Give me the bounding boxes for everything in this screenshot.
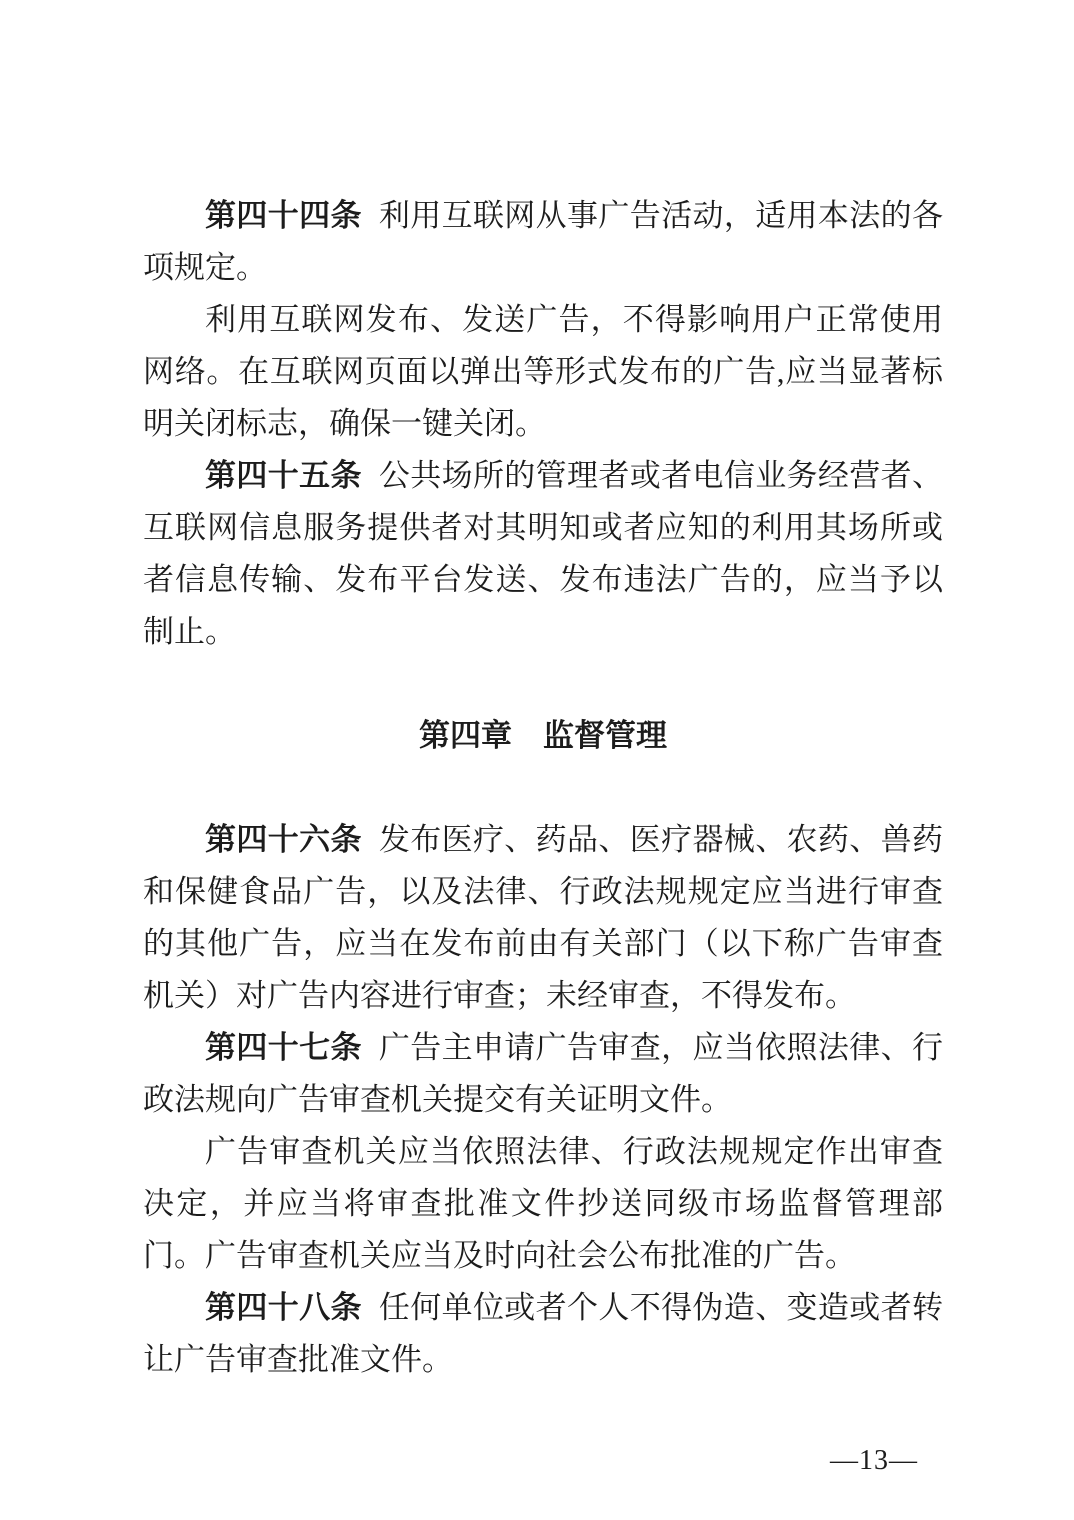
document-content: 第四十四条利用互联网从事广告活动，适用本法的各项规定。 利用互联网发布、发送广告… xyxy=(143,190,943,1386)
page-number: —13— xyxy=(830,1443,918,1479)
article-46-paragraph: 第四十六条发布医疗、药品、医疗器械、农药、兽药和保健食品广告，以及法律、行政法规… xyxy=(143,814,943,1022)
article-44-paragraph: 第四十四条利用互联网从事广告活动，适用本法的各项规定。 xyxy=(143,190,943,294)
article-45-paragraph: 第四十五条公共场所的管理者或者电信业务经营者、互联网信息服务提供者对其明知或者应… xyxy=(143,450,943,658)
article-46-label: 第四十六条 xyxy=(205,822,362,857)
article-45-label: 第四十五条 xyxy=(205,458,362,493)
article-48-paragraph: 第四十八条任何单位或者个人不得伪造、变造或者转让广告审查批准文件。 xyxy=(143,1282,943,1386)
article-47-continuation-text: 广告审查机关应当依照法律、行政法规规定作出审查决定，并应当将审查批准文件抄送同级… xyxy=(143,1134,943,1273)
article-44-continuation-text: 利用互联网发布、发送广告，不得影响用户正常使用网络。在互联网页面以弹出等形式发布… xyxy=(143,302,943,441)
document-page: 第四十四条利用互联网从事广告活动，适用本法的各项规定。 利用互联网发布、发送广告… xyxy=(0,0,1074,1520)
article-47-continuation-paragraph: 广告审查机关应当依照法律、行政法规规定作出审查决定，并应当将审查批准文件抄送同级… xyxy=(143,1126,943,1282)
chapter-4-heading: 第四章监督管理 xyxy=(143,710,943,762)
chapter-4-label: 第四章 xyxy=(419,718,512,753)
article-47-paragraph: 第四十七条广告主申请广告审查，应当依照法律、行政法规向广告审查机关提交有关证明文… xyxy=(143,1022,943,1126)
article-44-continuation-paragraph: 利用互联网发布、发送广告，不得影响用户正常使用网络。在互联网页面以弹出等形式发布… xyxy=(143,294,943,450)
article-47-label: 第四十七条 xyxy=(205,1030,362,1065)
chapter-4-title: 监督管理 xyxy=(543,718,667,753)
article-48-label: 第四十八条 xyxy=(205,1290,362,1325)
article-44-label: 第四十四条 xyxy=(205,198,362,233)
